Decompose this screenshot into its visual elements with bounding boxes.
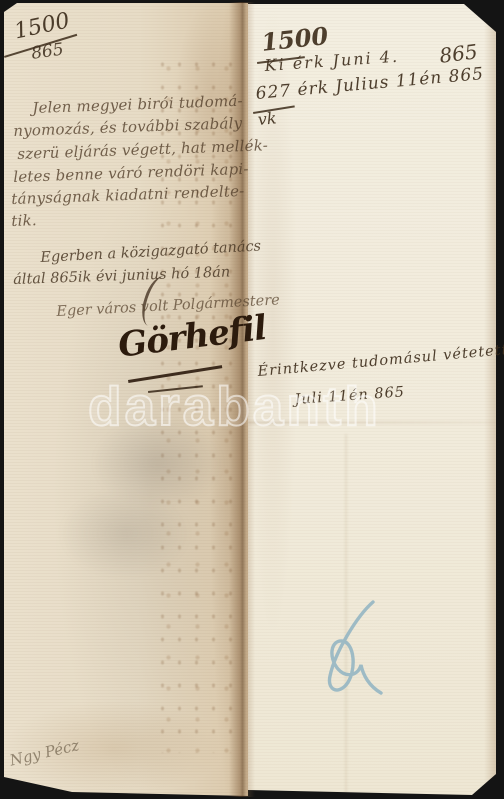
horizontal-crease bbox=[248, 421, 496, 424]
blue-pencil-monogram bbox=[303, 596, 395, 700]
right-edge-stain bbox=[484, 4, 496, 795]
ink-bleedthrough-smudge bbox=[59, 418, 224, 578]
clerk-initials: vk bbox=[257, 108, 277, 129]
body-line: tik. bbox=[11, 211, 37, 230]
received-year: 865 bbox=[438, 39, 479, 67]
document-photo: 1500 865 Jelen megyei birói tudomá- nyom… bbox=[0, 0, 504, 799]
